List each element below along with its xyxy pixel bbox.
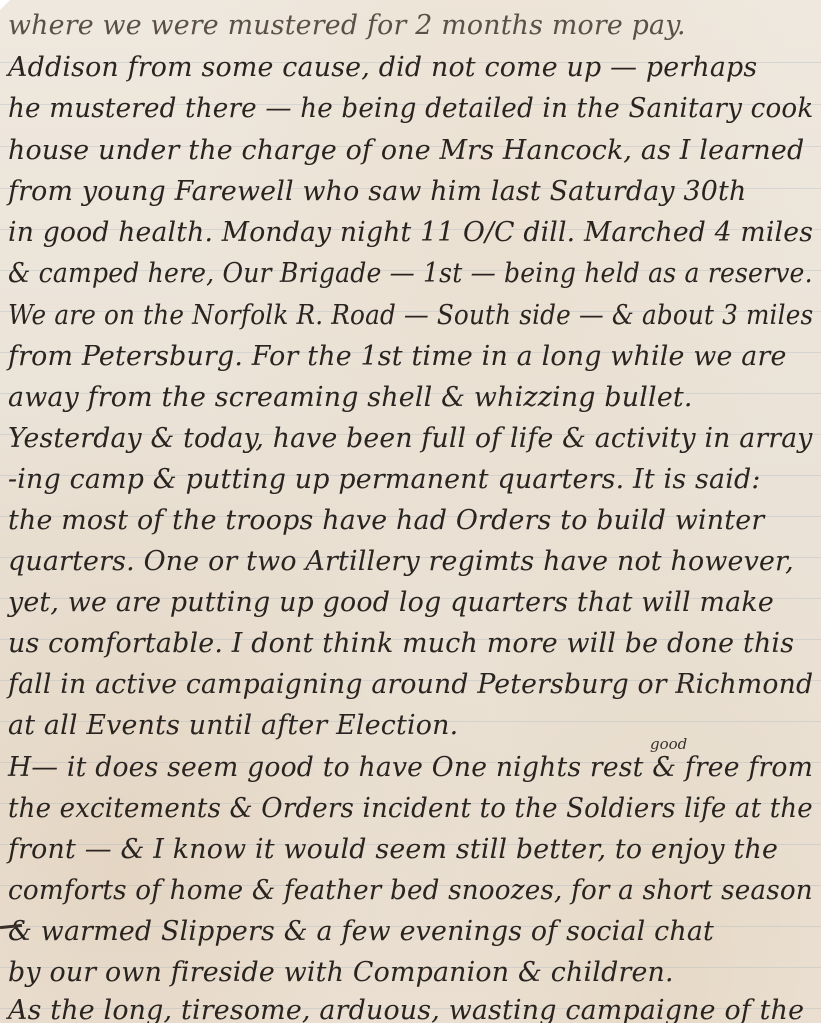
handwritten-line: away from the screaming shell & whizzing…	[8, 382, 813, 413]
handwritten-line: & warmed Slippers & a few evenings of so…	[8, 916, 813, 947]
handwritten-line: & camped here, Our Brigade — 1st — being…	[8, 258, 760, 289]
handwritten-line: the excitements & Orders incident to the…	[8, 793, 788, 824]
handwritten-line: at all Events until after Election.	[8, 710, 813, 741]
handwritten-line: the most of the troops have had Orders t…	[8, 505, 813, 536]
handwritten-line: front — & I know it would seem still bet…	[8, 834, 813, 865]
handwritten-line: from young Farewell who saw him last Sat…	[8, 176, 813, 207]
handwritten-line: fall in active campaigning around Peters…	[8, 669, 808, 700]
page-corner-fold	[0, 0, 10, 10]
handwritten-line: where we were mustered for 2 months more…	[8, 10, 813, 41]
handwritten-line: -ing camp & putting up permanent quarter…	[8, 464, 813, 495]
handwritten-line: comforts of home & feather bed snoozes, …	[8, 875, 794, 906]
letter-page: where we were mustered for 2 months more…	[0, 0, 821, 1023]
handwritten-line: in good health. Monday night 11 O/C dill…	[8, 217, 806, 248]
handwritten-line: from Petersburg. For the 1st time in a l…	[8, 341, 813, 372]
handwritten-line: he mustered there — he being detailed in…	[8, 93, 793, 124]
handwritten-line: house under the charge of one Mrs Hancoc…	[8, 135, 813, 166]
handwritten-line: Yesterday & today, have been full of lif…	[8, 423, 808, 454]
handwritten-line: quarters. One or two Artillery regimts h…	[8, 546, 813, 577]
handwritten-line: H— it does seem good to have One nights …	[8, 752, 807, 783]
handwritten-line: by our own fireside with Companion & chi…	[8, 957, 813, 988]
insertion-above-line: good	[650, 735, 687, 753]
handwritten-line: As the long, tiresome, arduous, wasting …	[8, 995, 813, 1023]
handwritten-line: us comfortable. I dont think much more w…	[8, 628, 813, 659]
handwritten-line: We are on the Norfolk R. Road — South si…	[8, 300, 748, 331]
handwritten-line: Addison from some cause, did not come up…	[8, 52, 813, 83]
handwritten-line: yet, we are putting up good log quarters…	[8, 587, 813, 618]
